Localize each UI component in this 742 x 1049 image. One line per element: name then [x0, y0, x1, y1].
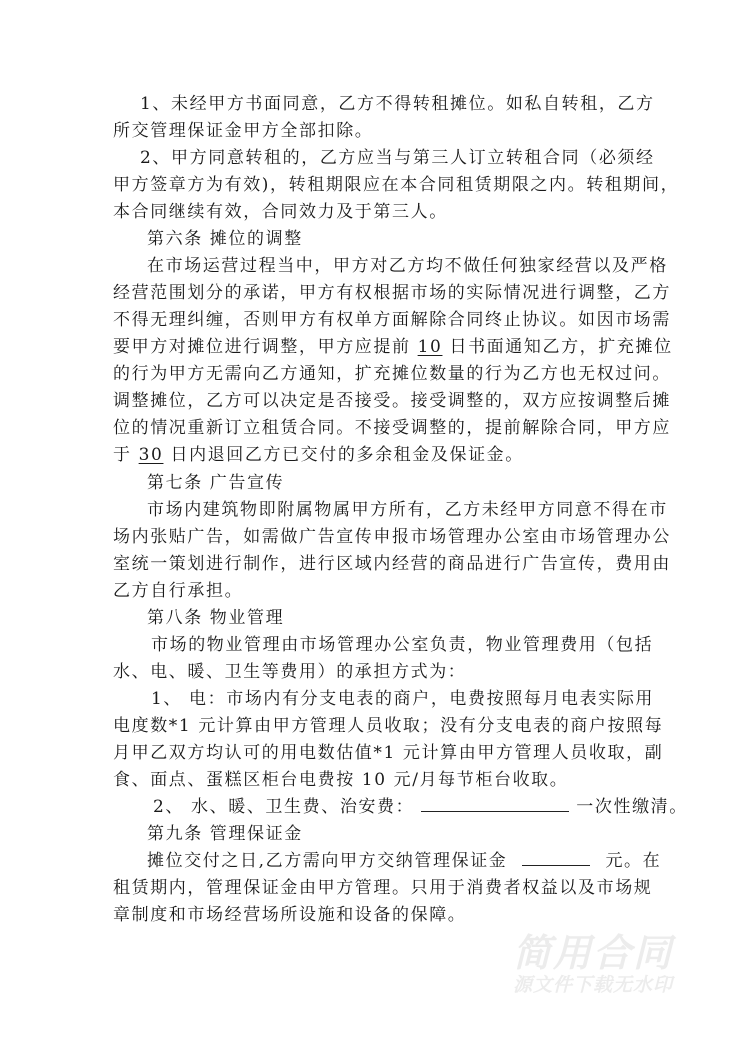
clause9-line1-pre: 摊位交付之日,乙方需向甲方交纳管理保证金	[147, 851, 507, 871]
clause6-line4-post: 日书面通知乙方，扩充摊位	[449, 337, 672, 357]
clause5-item2-line1: 2、甲方同意转租的，乙方应当与第三人订立转租合同（必须经	[140, 146, 655, 170]
clause9-line1-post: 元。在	[605, 851, 661, 871]
deposit-amount-field[interactable]	[522, 851, 590, 866]
notice-days-value: 10	[418, 337, 443, 357]
clause6-line2: 经营范围划分的承诺，甲方有权根据市场的实际情况进行调整，乙方	[113, 281, 671, 305]
clause7-line2: 场内张贴广告，如需做广告宣传申报市场管理办公室由市场管理办公	[113, 525, 671, 549]
clause6-line6: 调整摊位，乙方可以决定是否接受。接受调整的，双方应按调整后摊	[113, 389, 671, 413]
clause9-title: 第九条 管理保证金	[147, 822, 303, 846]
clause5-item2-line2: 甲方签章方为有效)，转租期限应在本合同租赁期限之内。转租期间，	[113, 173, 679, 197]
clause8-item1-line4: 食、面点、蛋糕区柜台电费按 10 元/月每节柜台收取。	[113, 768, 568, 792]
clause9-line3: 章制度和市场经营场所设施和设备的保障。	[113, 903, 466, 927]
clause7-line1: 市场内建筑物即附属物属甲方所有，乙方未经甲方同意不得在市	[147, 498, 668, 522]
clause8-item2: 2、 水、暖、卫生费、治安费： 一次性缴清。	[153, 795, 688, 819]
clause6-line8: 于 30 日内退回乙方已交付的多余租金及保证金。	[113, 443, 524, 467]
clause8-title: 第八条 物业管理	[147, 606, 284, 630]
clause9-line2: 租赁期内，管理保证金由甲方管理。只用于消费者权益以及市场规	[113, 876, 652, 900]
clause6-line1: 在市场运营过程当中，甲方对乙方均不做任何独家经营以及严格	[147, 254, 668, 278]
clause5-item2-line3: 本合同继续有效，合同效力及于第三人。	[113, 200, 448, 224]
clause7-line3: 室统一策划进行制作，进行区域内经营的商品进行广告宣传，费用由	[113, 552, 671, 576]
clause6-line4-pre: 要甲方对摊位进行调整，甲方应提前	[113, 337, 411, 357]
clause8-item1-line1: 1、 电：市场内有分支电表的商户，电费按照每月电表实际用	[151, 687, 654, 711]
fee-blank-field[interactable]	[421, 797, 569, 812]
refund-days-value: 30	[139, 445, 164, 465]
clause8-item1-line2: 电度数*1 元计算由甲方管理人员收取；没有分支电表的商户按照每	[113, 714, 663, 738]
clause5-item1-line1: 1、未经甲方书面同意，乙方不得转租摊位。如私自转租，乙方	[140, 92, 655, 116]
clause8-line2: 水、电、暖、卫生等费用）的承担方式为：	[113, 660, 466, 684]
clause7-line4: 乙方自行承担。	[113, 579, 243, 603]
watermark-brand: 简用合同	[513, 922, 673, 977]
clause8-item1-line3: 月甲乙双方均认可的用电数估值*1 元计算由甲方管理人员收取，副	[113, 741, 663, 765]
clause8-line1: 市场的物业管理由市场管理办公室负责，物业管理费用（包括	[151, 633, 653, 657]
clause6-line8-post: 日内退回乙方已交付的多余租金及保证金。	[170, 445, 523, 465]
clause6-line5: 的行为甲方无需向乙方通知，扩充摊位数量的行为乙方也无权过问。	[113, 362, 671, 386]
clause9-line1: 摊位交付之日,乙方需向甲方交纳管理保证金 元。在	[147, 849, 661, 873]
clause6-line4: 要甲方对摊位进行调整，甲方应提前 10 日书面通知乙方，扩充摊位	[113, 335, 673, 359]
clause6-line7: 位的情况重新订立租赁合同。不接受调整的，提前解除合同，甲方应	[113, 416, 671, 440]
watermark-slogan: 源文件下载无水印	[513, 970, 673, 997]
clause6-line3: 不得无理纠缠，否则甲方有权单方面解除合同终止协议。如因市场需	[113, 308, 671, 332]
clause7-title: 第七条 广告宣传	[147, 471, 284, 495]
clause8-item2-pre: 2、 水、暖、卫生费、治安费：	[153, 797, 414, 817]
clause6-line8-pre: 于	[113, 445, 132, 465]
clause6-title: 第六条 摊位的调整	[147, 227, 303, 251]
clause8-item2-post: 一次性缴清。	[576, 797, 688, 817]
clause5-item1-line2: 所交管理保证金甲方全部扣除。	[113, 119, 373, 143]
